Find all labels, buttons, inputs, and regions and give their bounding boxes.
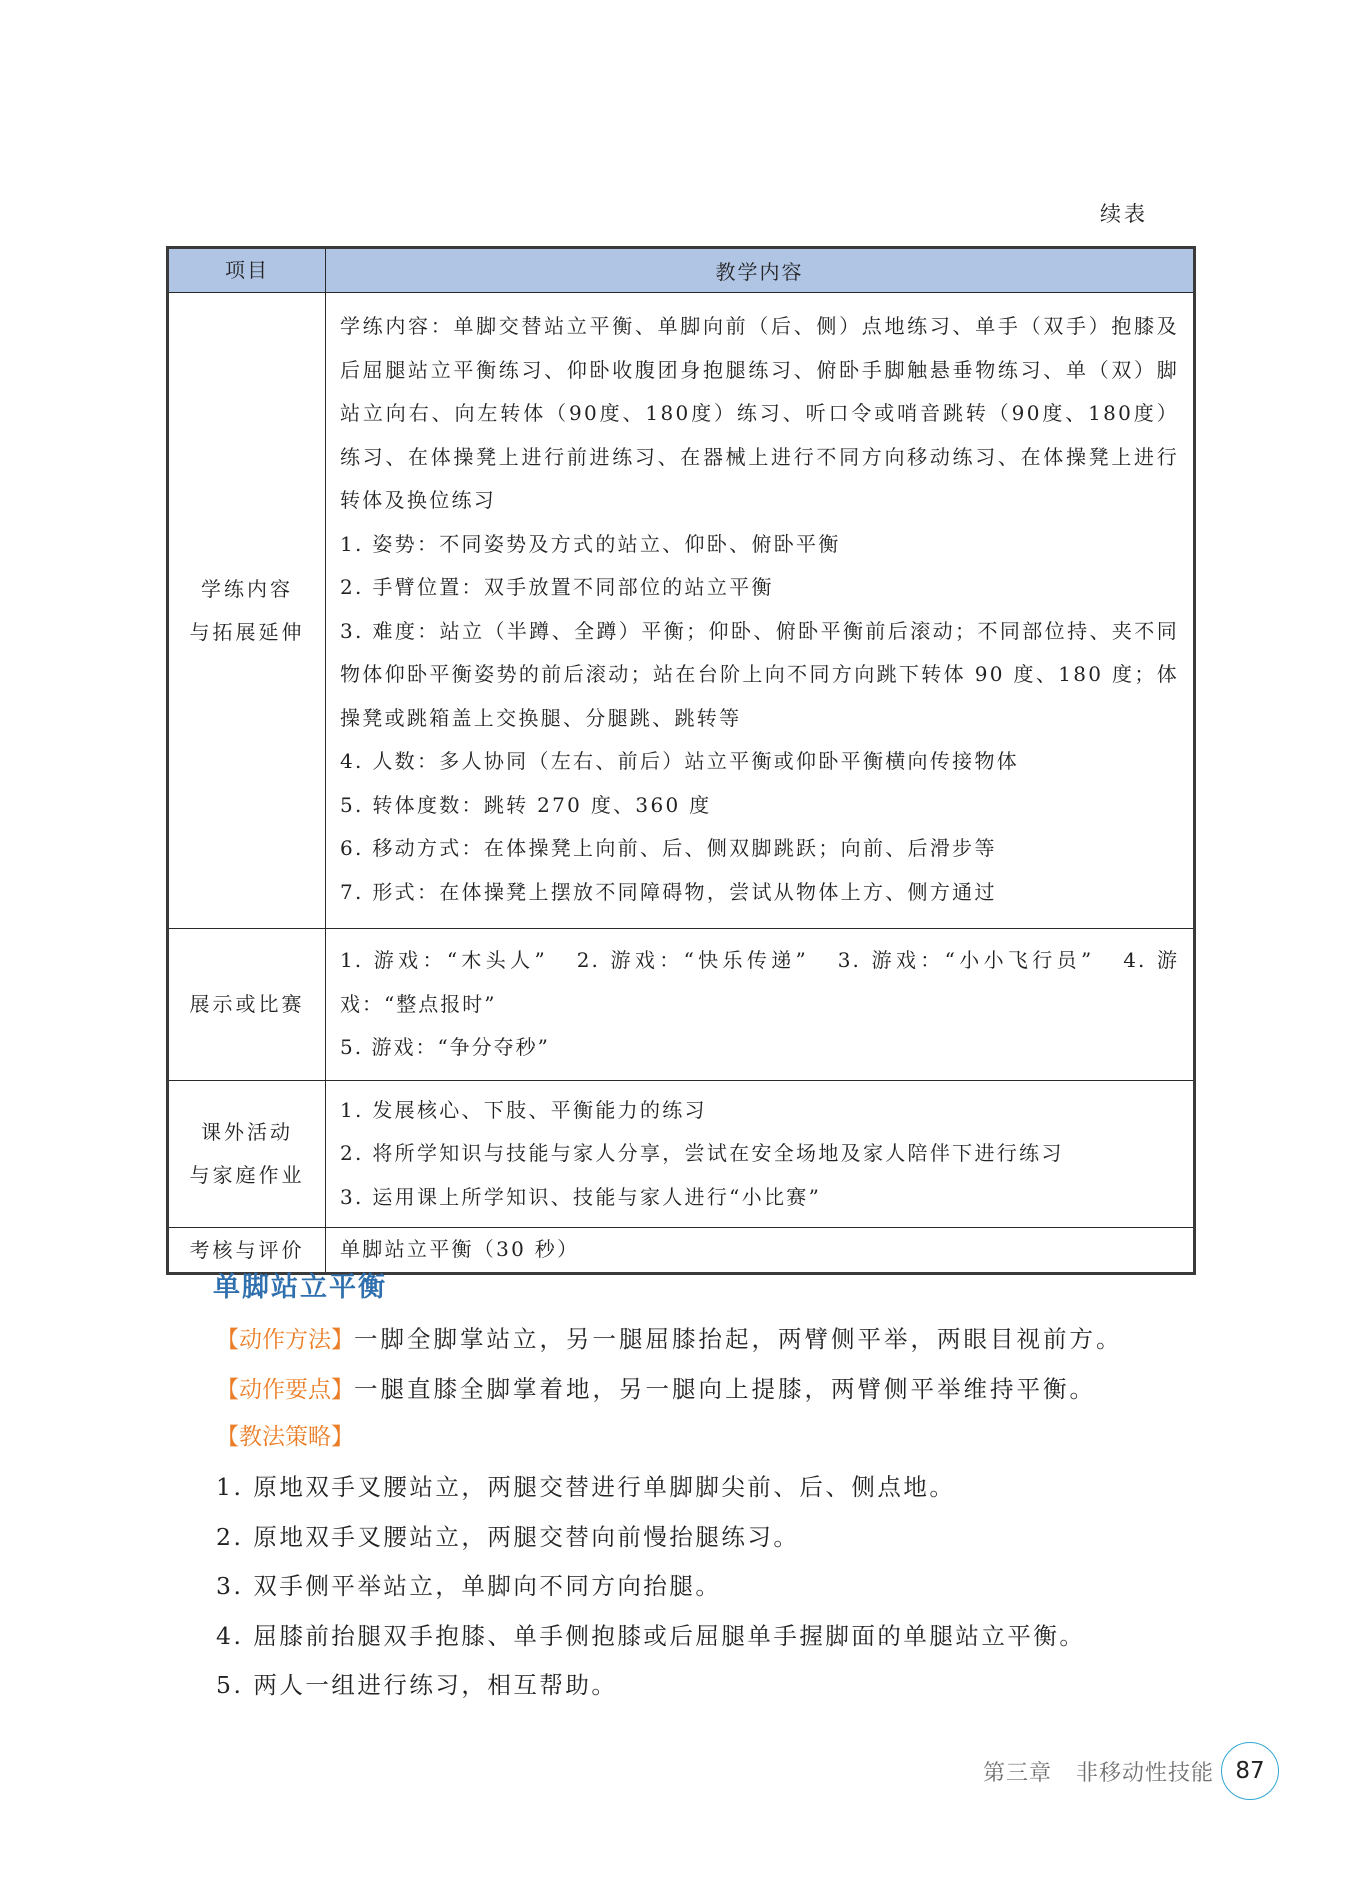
method-text: 一脚全脚掌站立，另一腿屈膝抬起，两臂侧平举，两眼目视前方。 <box>354 1325 1123 1353</box>
practice-item: 5. 转体度数：跳转 270 度、360 度 <box>340 784 1179 828</box>
page-number-badge: 87 <box>1221 1742 1279 1800</box>
keypoints-label: 【动作要点】 <box>216 1377 354 1403</box>
homework-item: 2. 将所学知识与技能与家人分享，尝试在安全场地及家人陪伴下进行练习 <box>340 1132 1179 1176</box>
practice-item: 7. 形式：在体操凳上摆放不同障碍物，尝试从物体上方、侧方通过 <box>340 871 1179 915</box>
homework-item: 3. 运用课上所学知识、技能与家人进行“小比赛” <box>340 1176 1179 1220</box>
header-item: 项目 <box>168 248 326 293</box>
row-content-evaluation: 单脚站立平衡（30 秒） <box>326 1228 1195 1274</box>
practice-intro: 学练内容：单脚交替站立平衡、单脚向前（后、侧）点地练习、单手（双手）抱膝及后屈腿… <box>340 305 1179 523</box>
practice-item: 4. 人数：多人协同（左右、前后）站立平衡或仰卧平衡横向传接物体 <box>340 740 1179 784</box>
chapter-number: 第三章 <box>983 1761 1052 1786</box>
practice-item: 2. 手臂位置：双手放置不同部位的站立平衡 <box>340 566 1179 610</box>
table-row-show: 展示或比赛 1. 游戏：“木头人”2. 游戏：“快乐传递”3. 游戏：“小小飞行… <box>168 929 1195 1081</box>
keypoints-text: 一腿直膝全脚掌着地，另一腿向上提膝，两臂侧平举维持平衡。 <box>354 1375 1096 1403</box>
step-item: 4. 屈膝前抬腿双手抱膝、单手侧抱膝或后屈腿单手握脚面的单腿站立平衡。 <box>216 1617 1085 1667</box>
section-title: 单脚站立平衡 <box>213 1265 387 1304</box>
chapter-title: 非移动性技能 <box>1076 1761 1214 1786</box>
row-label-practice: 学练内容 与拓展延伸 <box>168 293 326 929</box>
page-number: 87 <box>1235 1758 1264 1784</box>
game-item: 3. 游戏：“小小飞行员” <box>838 948 1093 972</box>
homework-item: 1. 发展核心、下肢、平衡能力的练习 <box>340 1089 1179 1133</box>
practice-item: 6. 移动方式：在体操凳上向前、后、侧双脚跳跃；向前、后滑步等 <box>340 827 1179 871</box>
keypoints-paragraph: 【动作要点】一腿直膝全脚掌着地，另一腿向上提膝，两臂侧平举维持平衡。 <box>216 1370 1096 1404</box>
practice-item: 3. 难度：站立（半蹲、全蹲）平衡；仰卧、俯卧平衡前后滚动；不同部位持、夹不同物… <box>340 610 1179 741</box>
game-item: 2. 游戏：“快乐传递” <box>577 948 808 972</box>
row-content-homework: 1. 发展核心、下肢、平衡能力的练习 2. 将所学知识与技能与家人分享，尝试在安… <box>326 1080 1195 1228</box>
game-item: 1. 游戏：“木头人” <box>340 948 547 972</box>
row-label-show: 展示或比赛 <box>168 929 326 1081</box>
table-row-practice: 学练内容 与拓展延伸 学练内容：单脚交替站立平衡、单脚向前（后、侧）点地练习、单… <box>168 293 1195 929</box>
strategy-paragraph: 【教法策略】 <box>216 1418 354 1451</box>
curriculum-table: 项目 教学内容 学练内容 与拓展延伸 学练内容：单脚交替站立平衡、单脚向前（后、… <box>166 246 1196 1275</box>
strategy-label: 【教法策略】 <box>216 1424 354 1450</box>
table-header-row: 项目 教学内容 <box>168 248 1195 293</box>
step-item: 3. 双手侧平举站立，单脚向不同方向抬腿。 <box>216 1567 1085 1617</box>
row-content-show: 1. 游戏：“木头人”2. 游戏：“快乐传递”3. 游戏：“小小飞行员”4. 游… <box>326 929 1195 1081</box>
strategy-steps: 1. 原地双手叉腰站立，两腿交替进行单脚脚尖前、后、侧点地。 2. 原地双手叉腰… <box>216 1468 1085 1716</box>
table-row-homework: 课外活动 与家庭作业 1. 发展核心、下肢、平衡能力的练习 2. 将所学知识与技… <box>168 1080 1195 1228</box>
game-item: 5. 游戏：“争分夺秒” <box>340 1035 550 1059</box>
step-item: 2. 原地双手叉腰站立，两腿交替向前慢抬腿练习。 <box>216 1518 1085 1568</box>
step-item: 5. 两人一组进行练习，相互帮助。 <box>216 1666 1085 1716</box>
continued-table-label: 续表 <box>1100 198 1148 228</box>
row-label-homework: 课外活动 与家庭作业 <box>168 1080 326 1228</box>
method-label: 【动作方法】 <box>216 1327 354 1353</box>
chapter-footer: 第三章非移动性技能 <box>983 1756 1214 1787</box>
step-item: 1. 原地双手叉腰站立，两腿交替进行单脚脚尖前、后、侧点地。 <box>216 1468 1085 1518</box>
header-content: 教学内容 <box>326 248 1195 293</box>
row-content-practice: 学练内容：单脚交替站立平衡、单脚向前（后、侧）点地练习、单手（双手）抱膝及后屈腿… <box>326 293 1195 929</box>
practice-item: 1. 姿势：不同姿势及方式的站立、仰卧、俯卧平衡 <box>340 523 1179 567</box>
method-paragraph: 【动作方法】一脚全脚掌站立，另一腿屈膝抬起，两臂侧平举，两眼目视前方。 <box>216 1320 1123 1354</box>
